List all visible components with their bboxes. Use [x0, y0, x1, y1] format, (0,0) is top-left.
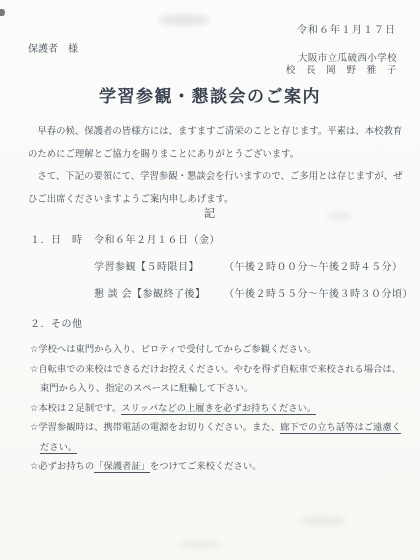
schedule-item-name: 学習参観【５時限目】	[94, 258, 224, 273]
note-text: をつけてご来校ください。	[150, 461, 262, 471]
paragraph-line: さて、下記の要領にて、学習参観・懇談会を行いますので、ご多用とは存じますが、ぜ	[28, 165, 398, 188]
document-title: 学習参観・懇談会のご案内	[0, 82, 420, 107]
record-marker: 記	[0, 205, 420, 221]
schedule-date: 令和６年２月１６日（金）	[94, 231, 220, 246]
note-text-underlined: 「保護者証」	[94, 461, 150, 473]
schedule-item-time: （午後２時５５分～午後３時３０分頃）	[224, 285, 413, 300]
paragraph-line: 早春の候、保護者の皆様方には、ますますご清栄のことと存じます。平素は、本校教育	[28, 120, 398, 143]
schedule-item-time: （午後２時００分～午後２時４５分）	[224, 258, 403, 273]
note-line: ☆必ずお持ちの「保護者証」をつけてご来校ください。	[30, 457, 408, 477]
schedule-heading-row: １．日 時 令和６年２月１６日（金）	[30, 231, 220, 246]
note-text: ☆本校は２足制です。	[30, 403, 121, 413]
invitation-paragraph: さて、下記の要領にて、学習参観・懇談会を行いますので、ご多用とは存じますが、ぜ …	[28, 165, 398, 210]
recipient-label: 保護者 様	[28, 40, 78, 55]
note-text: ☆学習参観時は、携帯電話の電源をお切りください。また、	[30, 422, 280, 432]
note-line: ☆自転車での来校はできるだけお控えください。やむを得ず自転車で来校される場合は、	[30, 360, 408, 380]
schedule-item-name: 懇 談 会【参観終了後】	[94, 285, 224, 300]
principal-name: 校 長 岡 野 雅 子	[286, 62, 397, 76]
note-text: 東門から入り、指定のスペースに駐輪して下さい。	[40, 383, 253, 393]
scan-artifact-smudge	[180, 540, 220, 549]
schedule-heading: １．日 時	[30, 231, 94, 246]
note-text: ☆必ずお持ちの	[30, 461, 94, 471]
note-text-underlined: ださい。	[40, 442, 77, 454]
note-line: ☆学習参観時は、携帯電話の電源をお切りください。また、廊下での立ち話等はご遠慮く	[30, 418, 408, 438]
paragraph-line: のためにご理解とご協力を賜りまことにありがとうございます。	[28, 143, 398, 166]
other-notes-list: ☆学校へは東門から入り、ピロティで受付してからご参観ください。 ☆自転車での来校…	[30, 340, 408, 477]
scan-artifact-corner	[0, 9, 5, 16]
greeting-paragraph: 早春の候、保護者の皆様方には、ますますご清栄のことと存じます。平素は、本校教育 …	[28, 120, 398, 165]
scan-artifact-smudge	[300, 516, 346, 526]
note-text: ☆自転車での来校はできるだけお控えください。やむを得ず自転車で来校される場合は、	[30, 364, 401, 374]
note-text-underlined: 廊下での立ち話等はご遠慮く	[280, 422, 401, 434]
scan-artifact-smudge	[158, 14, 210, 26]
others-heading: ２．その他	[30, 315, 83, 330]
schedule-row-kondankai: 懇 談 会【参観終了後】 （午後２時５５分～午後３時３０分頃）	[30, 285, 413, 300]
note-text-underlined: スリッパなどの上履きを必ずお持ちください。	[121, 403, 316, 415]
schedule-row-kansatsu: 学習参観【５時限目】 （午後２時００分～午後２時４５分）	[30, 258, 403, 273]
scanned-letter-page: 令和６年１月１７日 保護者 様 大阪市立瓜破西小学校 校 長 岡 野 雅 子 学…	[0, 0, 420, 560]
note-line: ☆学校へは東門から入り、ピロティで受付してからご参観ください。	[30, 340, 408, 360]
issue-date: 令和６年１月１７日	[297, 21, 396, 36]
note-line: ☆本校は２足制です。スリッパなどの上履きを必ずお持ちください。	[30, 399, 408, 419]
note-line-continuation: 東門から入り、指定のスペースに駐輪して下さい。	[30, 379, 408, 399]
note-line-continuation: ださい。	[30, 438, 408, 458]
note-text: ☆学校へは東門から入り、ピロティで受付してからご参観ください。	[30, 344, 317, 354]
